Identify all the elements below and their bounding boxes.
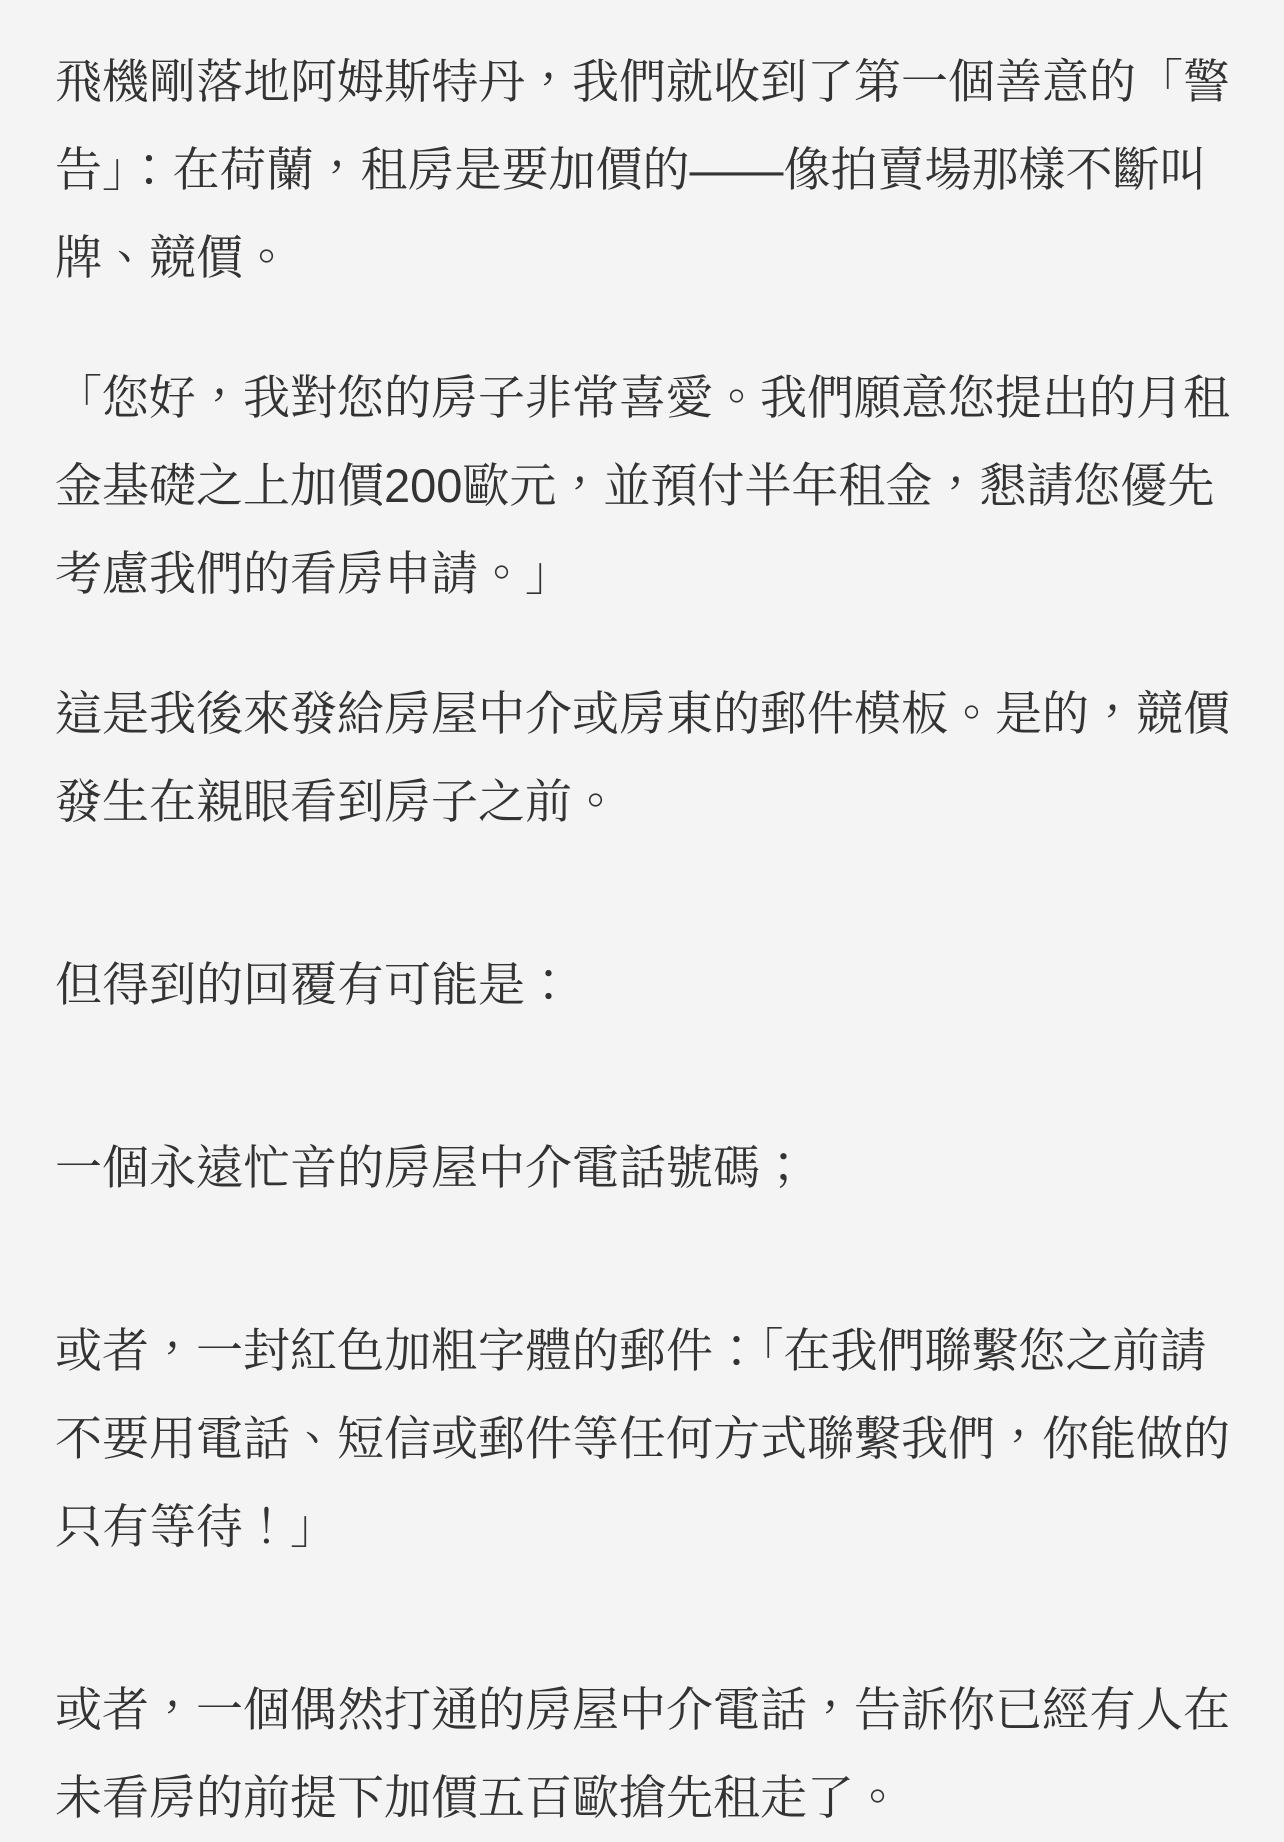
paragraph-arrival-warning: 飛機剛落地阿姆斯特丹，我們就收到了第一個善意的「警告」：在荷蘭，租房是要加價的—… bbox=[55, 38, 1233, 302]
paragraph-reply-busy-phone: 一個永遠忙音的房屋中介電話號碼； bbox=[55, 1124, 1233, 1212]
paragraph-reply-red-bold-email: 或者，一封紅色加粗字體的郵件：「在我們聯繫您之前請不要用電話、短信或郵件等任何方… bbox=[55, 1307, 1233, 1571]
paragraph-possible-replies-intro: 但得到的回覆有可能是： bbox=[55, 941, 1233, 1029]
article-body: 飛機剛落地阿姆斯特丹，我們就收到了第一個善意的「警告」：在荷蘭，租房是要加價的—… bbox=[0, 0, 1284, 1842]
paragraph-reply-agent-call: 或者，一個偶然打通的房屋中介電話，告訴你已經有人在未看房的前提下加價五百歐搶先租… bbox=[55, 1666, 1233, 1842]
paragraph-email-template-quote: 「您好，我對您的房子非常喜愛。我們願意您提出的月租金基礎之上加價200歐元，並預… bbox=[55, 354, 1233, 618]
paragraph-template-explanation: 這是我後來發給房屋中介或房東的郵件模板。是的，競價發生在親眼看到房子之前。 bbox=[55, 670, 1233, 846]
